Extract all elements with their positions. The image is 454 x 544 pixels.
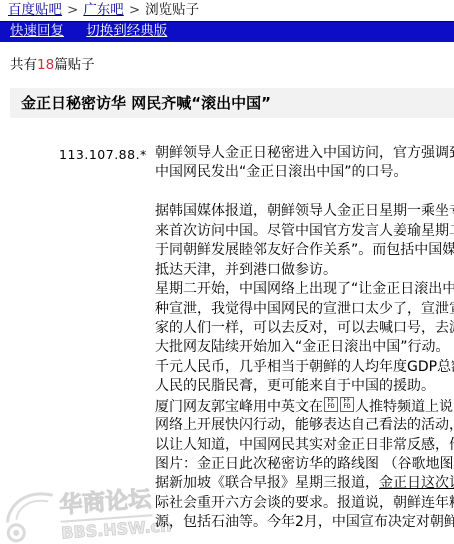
forum-page: 百度贴吧>广东吧>浏览贴子 快速回复 切换到经典版 共有18篇贴子 金正日秘密访… — [0, 0, 454, 544]
thread-title: 金正日秘密访华 网民齐喊“滚出中国” — [10, 88, 454, 118]
post-text: 中国网民发出“金正日滚出中国”的口号。 — [155, 164, 408, 180]
post-text: 于同朝鲜发展睦邻友好合作关系”。而包括中国媒 — [155, 242, 454, 258]
post-text: 据新加坡《联合早报》星期三报道， — [155, 475, 379, 491]
watermark-logo-icon — [2, 485, 58, 544]
post-count-prefix: 共有 — [10, 57, 37, 73]
quick-reply-link[interactable]: 快速回复 — [10, 23, 64, 39]
post-text: 朝鲜领导人金正日秘密进入中国访问，官方强调到 — [155, 145, 454, 161]
post-text: 源，包括石油等。今年2月，中国宣布决定对朝鲜 — [155, 514, 454, 530]
breadcrumb-link-forum[interactable]: 广东吧 — [83, 2, 124, 18]
switch-classic-link[interactable]: 切换到经典版 — [86, 23, 167, 39]
post-line: 星期二开始，中国网络上出现了“让金正日滚出中 — [155, 280, 454, 299]
breadcrumb-current: 浏览贴子 — [145, 2, 199, 18]
post-count: 共有18篇贴子 — [10, 53, 95, 73]
post-line: 以让人知道，中国网民其实对金正日非常反感，他 — [155, 436, 454, 455]
post-text: 来首次访问中国。尽管中国官方发言人姜瑜星期二 — [155, 223, 454, 239]
post-content: 朝鲜领导人金正日秘密进入中国访问，官方强调到中国网民发出“金正日滚出中国”的口号… — [155, 144, 454, 533]
post-line: 大批网友陆续开始加入“金正日滚出中国”行动。 — [155, 338, 454, 357]
post-line: 抵达天津，并到港口做参访。 — [155, 261, 454, 280]
inline-article-link[interactable]: 金正日这次访 — [379, 475, 454, 491]
post-text: 大批网友陆续开始加入“金正日滚出中国”行动。 — [155, 339, 450, 355]
post-line: 中国网民发出“金正日滚出中国”的口号。 — [155, 163, 454, 182]
post-text: 抵达天津，并到港口做参访。 — [155, 262, 337, 278]
post-text: 图片：金正日此次秘密访华的路线图 （谷歌地图 — [155, 456, 453, 472]
post-count-suffix: 篇贴子 — [54, 57, 95, 73]
post-text: 星期二开始，中国网络上出现了“让金正日滚出中 — [155, 281, 454, 297]
breadcrumb-link-tieba[interactable]: 百度贴吧 — [8, 2, 62, 18]
post-line: 网络上开展快闪行动，能够表达自己看法的活动， — [155, 416, 454, 435]
missing-glyph-box: FFFD — [324, 397, 338, 412]
post-line: 据新加坡《联合早报》星期三报道，金正日这次访 — [155, 474, 454, 493]
post-text: 际社会重开六方会谈的要求。报道说，朝鲜连年粮 — [155, 495, 454, 511]
post-text: 据韩国媒体报道，朝鲜领导人金正日星期一乘坐专 — [155, 203, 454, 219]
post-line: 种宣泄，我觉得中国网民的宣泄口太少了，宣泄宣 — [155, 300, 454, 319]
post-text: 种宣泄，我觉得中国网民的宣泄口太少了，宣泄宣 — [155, 301, 454, 317]
post-line — [155, 183, 454, 202]
breadcrumb: 百度贴吧>广东吧>浏览贴子 — [8, 1, 199, 20]
breadcrumb-separator: > — [67, 2, 78, 18]
post-line: 据韩国媒体报道，朝鲜领导人金正日星期一乘坐专 — [155, 202, 454, 221]
post-text: 人推特频道上说， — [355, 399, 454, 415]
toolbar: 快速回复 切换到经典版 — [0, 21, 454, 42]
post-line: 家的人们一样，可以去反对，可以去喊口号，去游 — [155, 319, 454, 338]
post-line: 际社会重开六方会谈的要求。报道说，朝鲜连年粮 — [155, 494, 454, 513]
post-line: 厦门网友郭宝峰用中英文在FFFDFFFD人推特频道上说， — [155, 397, 454, 416]
post-text: 人民的民脂民膏，更可能来自于中国的援助。 — [155, 378, 435, 394]
post-line: 来首次访问中国。尽管中国官方发言人姜瑜星期二 — [155, 222, 454, 241]
post-text: 千元人民币，几乎相当于朝鲜的人均年度GDP总额 — [155, 359, 454, 375]
post-text: 以让人知道，中国网民其实对金正日非常反感，他 — [155, 437, 454, 453]
thread-title-bar: 金正日秘密访华 网民齐喊“滚出中国” — [10, 88, 454, 118]
post-text: 家的人们一样，可以去反对，可以去喊口号，去游 — [155, 320, 454, 336]
post-line: 人民的民脂民膏，更可能来自于中国的援助。 — [155, 377, 454, 396]
post-line: 千元人民币，几乎相当于朝鲜的人均年度GDP总额 — [155, 358, 454, 377]
post-line: 朝鲜领导人金正日秘密进入中国访问，官方强调到 — [155, 144, 454, 163]
missing-glyph-box: FFFD — [340, 397, 354, 412]
post-text: 厦门网友郭宝峰用中英文在 — [155, 399, 323, 415]
post-line: 源，包括石油等。今年2月，中国宣布决定对朝鲜 — [155, 513, 454, 532]
author-ip: 113.107.88.* — [59, 147, 147, 162]
post-text: 网络上开展快闪行动，能够表达自己看法的活动， — [155, 417, 454, 433]
post-line: 图片：金正日此次秘密访华的路线图 （谷歌地图 — [155, 455, 454, 474]
breadcrumb-separator: > — [129, 2, 140, 18]
post-count-number: 18 — [37, 57, 54, 73]
watermark-site-name: 华商论坛 — [58, 480, 152, 522]
post-line: 于同朝鲜发展睦邻友好合作关系”。而包括中国媒 — [155, 241, 454, 260]
